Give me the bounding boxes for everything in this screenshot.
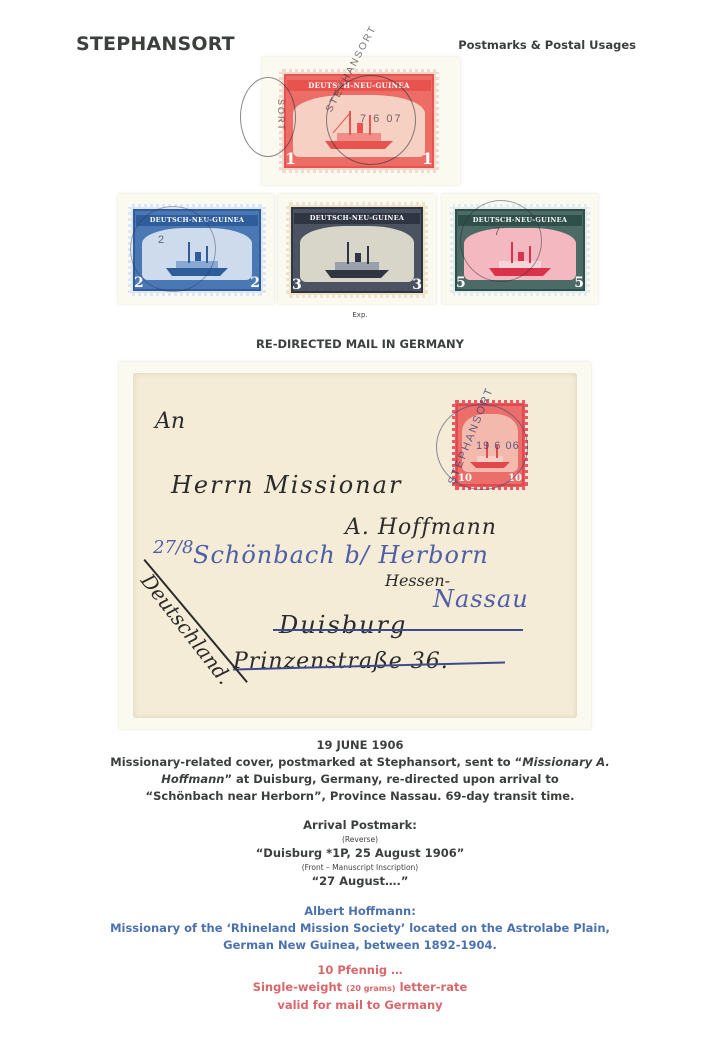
postmark-date: 2 — [158, 234, 166, 246]
ship-icon — [321, 240, 393, 280]
stamp-mount-5-mark: DEUTSCH-NEU-GUINEA 5 5 7 — [442, 194, 598, 304]
stamp-value-right: 3 — [412, 277, 422, 293]
page-subtitle: Postmarks & Postal Usages — [458, 38, 636, 52]
manuscript-line-herrn-missionar: Herrn Missionar — [171, 471, 402, 499]
front-inscription: “27 August….” — [0, 874, 720, 888]
manuscript-line-hoffmann: A. Hoffmann — [345, 515, 497, 540]
cover-postmark-date: 19 6 06 — [476, 440, 520, 452]
postmark-date: 7 — [494, 226, 502, 238]
postmark-partial-text: SORT — [276, 99, 286, 132]
stamp-value-left: 5 — [456, 275, 466, 291]
expertized-note: Exp. — [0, 311, 720, 319]
manuscript-line-an: An — [155, 409, 185, 434]
postmark-date: 7 6 07 — [360, 113, 403, 125]
front-label: (Front – Manuscript Inscription) — [0, 863, 720, 872]
country-underline — [144, 559, 248, 683]
stamp-value-right: 2 — [250, 275, 260, 291]
description-text: Missionary-related cover, postmarked at … — [110, 755, 522, 769]
cover-description: Missionary-related cover, postmarked at … — [0, 754, 720, 805]
rate-description: Single-weight (20 grams) letter-rate val… — [0, 979, 720, 1014]
rate-line-2: valid for mail to Germany — [0, 997, 720, 1014]
stamp-value-right: 5 — [574, 275, 584, 291]
rate-weight: (20 grams) — [346, 984, 395, 993]
description-line-2: Hoffmann” at Duisburg, Germany, re-direc… — [0, 771, 720, 788]
manuscript-struck-street: Prinzenstraße 36. — [233, 649, 449, 674]
person-heading: Albert Hoffmann: — [0, 904, 720, 918]
postmark-circle — [460, 200, 542, 282]
rate-text: letter-rate — [396, 980, 468, 994]
postmark-partial-circle — [240, 77, 296, 157]
strike-through-city — [273, 629, 523, 631]
rate-text: Single-weight — [253, 980, 346, 994]
manuscript-redirect-date: 27/8 — [153, 537, 193, 558]
rate-heading: 10 Pfennig … — [0, 963, 720, 977]
description-text: ” at Duisburg, Germany, re-directed upon… — [224, 772, 558, 786]
arrival-postmark-heading: Arrival Postmark: — [0, 818, 720, 832]
stamp-mount-3-mark: DEUTSCH-NEU-GUINEA 3 3 — [278, 194, 436, 304]
stamp-value-left: 1 — [285, 149, 296, 168]
manuscript-province-2: Nassau — [433, 585, 529, 613]
stamp-banner: DEUTSCH-NEU-GUINEA — [294, 213, 420, 224]
description-italic: Hoffmann — [161, 772, 224, 786]
page-title: STEPHANSORT — [76, 33, 235, 55]
section-heading: RE-DIRECTED MAIL IN GERMANY — [0, 337, 720, 351]
postmark-circle — [130, 206, 216, 292]
description-line-3: “Schönbach near Herborn”, Province Nassa… — [0, 788, 720, 805]
person-line-2: German New Guinea, between 1892-1904. — [0, 937, 720, 954]
manuscript-country: Deutschland. — [136, 569, 237, 689]
stamp-value-left: 3 — [292, 277, 302, 293]
manuscript-struck-city: Duisburg — [279, 611, 407, 639]
description-line-1: Missionary-related cover, postmarked at … — [0, 754, 720, 771]
cover-date: 19 JUNE 1906 — [0, 738, 720, 752]
description-italic: Missionary A. — [522, 755, 610, 769]
stamp-mount-2-mark: DEUTSCH-NEU-GUINEA 2 2 2 — [118, 194, 274, 304]
stamp-mount-1-mark: DEUTSCH-NEU-GUINEA 1 1 STEPHANSORT 7 6 0… — [262, 57, 460, 185]
person-description: Missionary of the ‘Rhineland Mission Soc… — [0, 920, 720, 954]
arrival-postmark-text: “Duisburg *1P, 25 August 1906” — [0, 846, 720, 860]
reverse-label: (Reverse) — [0, 835, 720, 844]
stamp-value-right: 1 — [422, 149, 433, 168]
rate-line-1: Single-weight (20 grams) letter-rate — [0, 979, 720, 997]
stamp-3-mark[interactable]: DEUTSCH-NEU-GUINEA 3 3 — [286, 202, 428, 298]
manuscript-redirect-place: Schönbach b/ Herborn — [193, 541, 489, 569]
person-line-1: Missionary of the ‘Rhineland Mission Soc… — [0, 920, 720, 937]
